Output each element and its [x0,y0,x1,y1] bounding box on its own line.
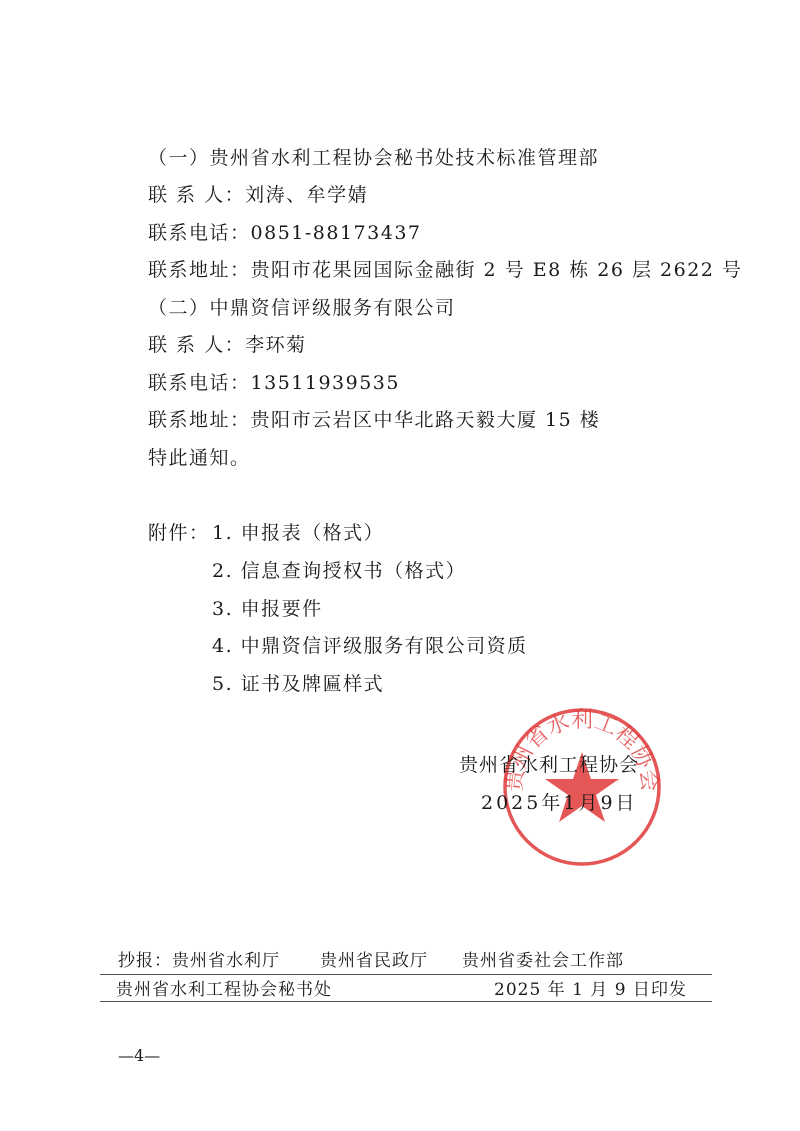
contact-1-address: 贵阳市花果园国际金融街 2 号 E8 栋 26 层 2622 号 [251,259,743,281]
signature-date: 2025年1月9日 [481,791,638,815]
contact-2-person-row: 联 系 人：李环菊 [148,333,307,357]
issue-date: 2025 年 1 月 9 日 [494,979,651,1001]
cc-recipient: 贵州省水利厅 [172,951,280,971]
signature-organization: 贵州省水利工程协会 [459,753,639,777]
contact-2-person-label: 联 系 人： [148,334,245,356]
contact-1-person-label: 联 系 人： [148,184,245,206]
contact-2-heading: （二）中鼎资信评级服务有限公司 [148,296,456,320]
contact-1-phone: 0851-88173437 [251,222,422,244]
attachment-item: 4. 中鼎资信评级服务有限公司资质 [212,634,528,658]
attachment-item: 3. 申报要件 [212,597,323,621]
attachment-item: 2. 信息查询授权书（格式） [212,559,466,583]
cc-row: 抄报：贵州省水利厅 [118,950,280,972]
contact-2-phone-label: 联系电话： [148,372,251,394]
contact-2-address-row: 联系地址：贵阳市云岩区中华北路天毅大厦 15 楼 [148,408,600,432]
contact-2-address: 贵阳市云岩区中华北路天毅大厦 15 楼 [251,409,601,431]
issue-suffix: 印发 [651,979,687,1001]
contact-1-person-row: 联 系 人：刘涛、牟学婧 [148,183,368,207]
cc-recipient: 贵州省委社会工作部 [462,950,624,972]
cc-label: 抄报： [118,951,172,971]
issuer: 贵州省水利工程协会秘书处 [116,979,332,1001]
cc-recipient: 贵州省民政厅 [320,950,428,972]
contact-1-phone-row: 联系电话：0851-88173437 [148,221,422,245]
contact-2-person: 李环菊 [245,334,307,356]
closing-text: 特此通知。 [148,446,251,470]
contact-1-address-label: 联系地址： [148,259,251,281]
contact-2-phone: 13511939535 [251,372,400,394]
attachments-label: 附件： [148,521,210,545]
contact-2-phone-row: 联系电话：13511939535 [148,371,400,395]
contact-1-person: 刘涛、牟学婧 [245,184,368,206]
page-number: —4— [118,1046,160,1065]
contact-1-heading: （一）贵州省水利工程协会秘书处技术标准管理部 [148,146,599,170]
footer-divider [100,974,712,975]
contact-1-address-row: 联系地址：贵阳市花果园国际金融街 2 号 E8 栋 26 层 2622 号 [148,258,742,282]
footer-divider [100,1001,712,1002]
contact-1-phone-label: 联系电话： [148,222,251,244]
official-seal-icon: 贵州省水利工程协会 [502,707,662,867]
contact-2-address-label: 联系地址： [148,409,251,431]
attachment-item: 1. 申报表（格式） [212,521,384,545]
attachment-item: 5. 证书及牌匾样式 [212,672,384,696]
